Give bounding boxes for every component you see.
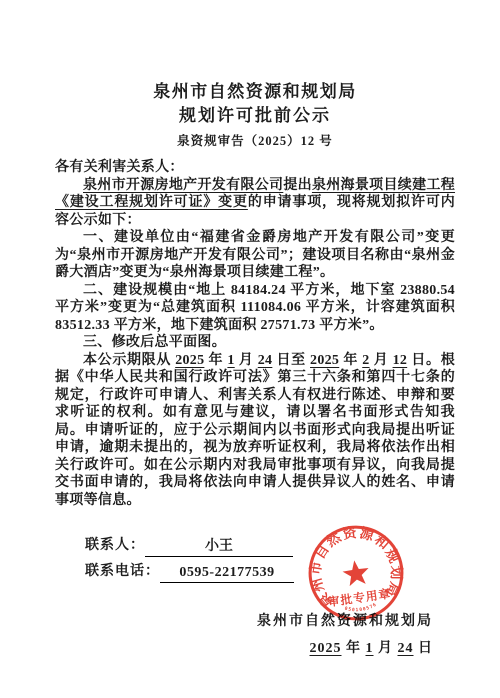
paragraph-item-3-site-plan: 三、修改后总平面图。 (55, 334, 455, 352)
seal-banner-text: 审批专用章 (327, 586, 392, 609)
official-notice-page: 泉州市自然资源和规划局 规划许可批前公示 泉资规审告（2025）12 号 各有关… (0, 0, 500, 698)
contact-phone-label: 联系电话： (85, 564, 160, 579)
contact-block: 联系人：小王 联系电话：0595-22177539 (85, 533, 455, 585)
paragraph-item-2-scale-change: 二、建设规模由“地上 84184.24 平方米，地下室 23880.54 平方米… (55, 282, 455, 335)
notice-body: 各有关利害关系人： 泉州市开源房地产开发有限公司提出泉州海景项目续建工程《建设工… (55, 159, 455, 509)
contact-person-value: 小王 (145, 538, 293, 557)
document-number: 泉资规审告（2025）12 号 (55, 131, 455, 151)
paragraph-notice-period: 本公示期限从 2025 年 1 月 24 日至 2025 年 2 月 12 日。… (55, 352, 455, 510)
contact-phone-value: 0595-22177539 (160, 564, 294, 583)
contact-person-row: 联系人：小王 (85, 533, 455, 559)
paragraph-application: 泉州市开源房地产开发有限公司提出泉州海景项目续建工程《建设工程规划许可证》变更的… (55, 177, 455, 230)
signature-date: 2025 年 1 月 24 日 (55, 638, 433, 660)
contact-phone-row: 联系电话：0595-22177539 (85, 559, 455, 585)
signature-agency: 泉州市自然资源和规划局 (55, 611, 433, 633)
contact-person-label: 联系人： (85, 538, 145, 553)
signature-block: 泉州市自然资源和规划局 2025 年 1 月 24 日 (55, 611, 455, 660)
notice-title: 规划许可批前公示 (55, 104, 455, 128)
document-header: 泉州市自然资源和规划局 规划许可批前公示 泉资规审告（2025）12 号 (55, 80, 455, 151)
agency-title: 泉州市自然资源和规划局 (55, 80, 455, 104)
salutation: 各有关利害关系人： (55, 159, 455, 177)
paragraph-item-1-unit-change: 一、建设单位由“福建省金爵房地产开发有限公司”变更为“泉州市开源房地产开发有限公… (55, 229, 455, 282)
